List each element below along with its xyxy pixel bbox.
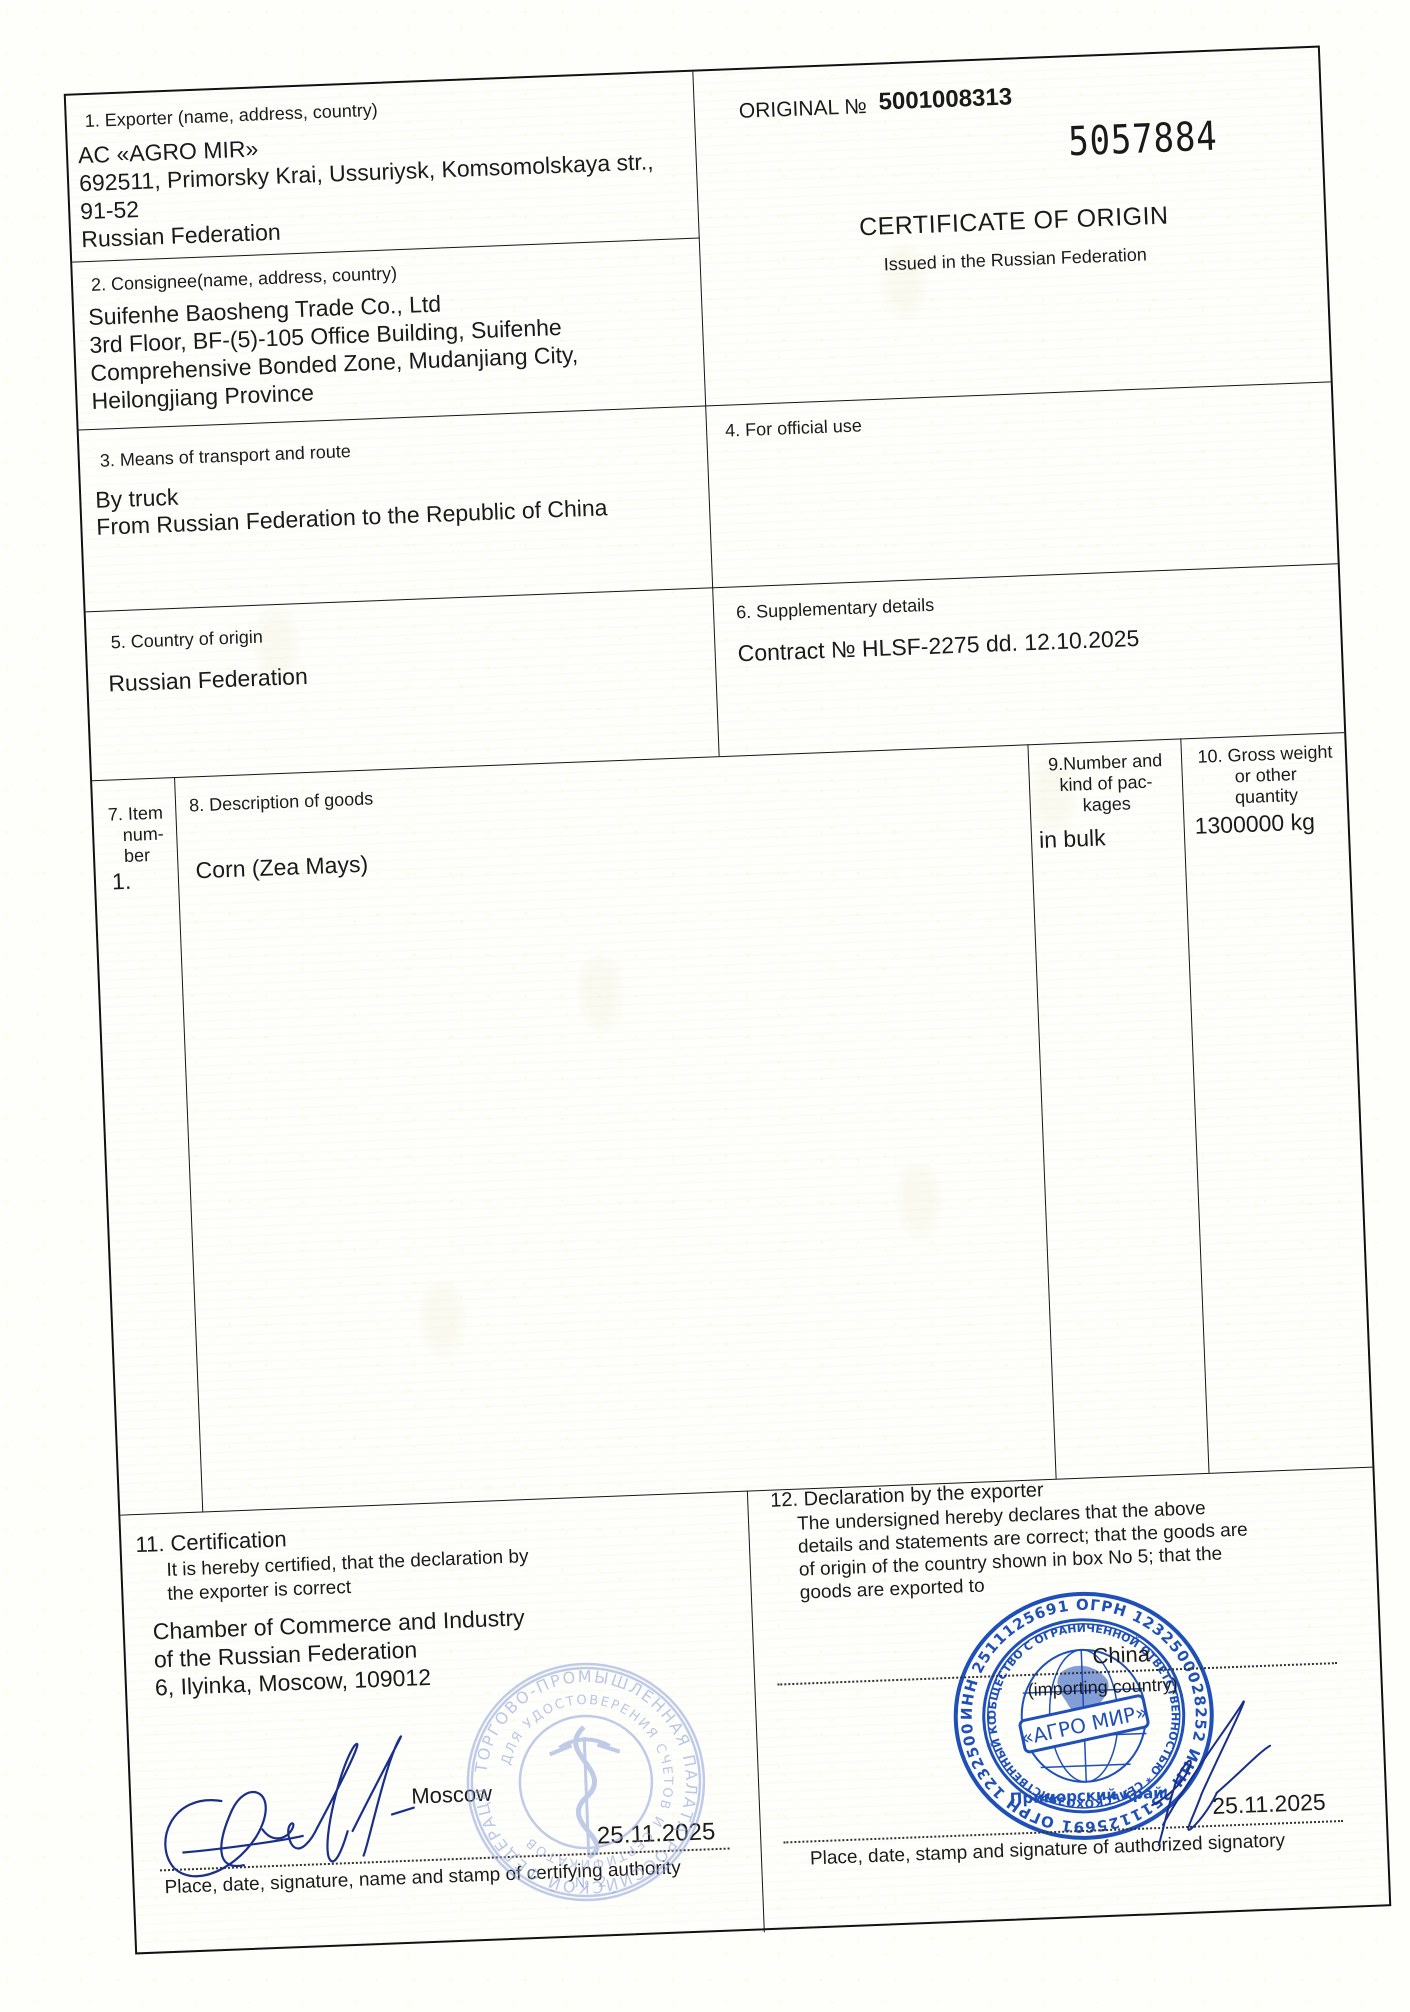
weight-header: 10. Gross weight or other quantity: [1182, 741, 1350, 810]
divider-col-description: [1027, 744, 1056, 1478]
box2-label: 2. Consignee(name, address, country): [91, 263, 398, 295]
packages-cell: in bulk: [1039, 824, 1106, 853]
divider-vertical-top: [692, 72, 719, 757]
form-number: 5057884: [1067, 114, 1218, 166]
description-cell: Corn (Zea Mays): [195, 851, 368, 884]
watermark-icon: [412, 1281, 475, 1373]
svg-text:№ 2: № 2: [574, 1874, 609, 1891]
header-line: num-: [100, 823, 173, 847]
description-header: 8. Description of goods: [189, 788, 374, 816]
box1-label: 1. Exporter (name, address, country): [84, 100, 378, 132]
divider-col-packages: [1180, 738, 1209, 1472]
supplementary-value: Contract № HLSF-2275 dd. 12.10.2025: [737, 625, 1140, 667]
header-line: ber: [101, 844, 174, 868]
weight-cell: 1300000 kg: [1194, 808, 1315, 839]
divider-vertical-bottom: [747, 1491, 765, 1933]
exporter-signature-icon: [1128, 1690, 1284, 1856]
box11-label: 11. Certification: [135, 1526, 287, 1557]
certifier-signature-icon: [149, 1722, 455, 1883]
box5-label: 5. Country of origin: [110, 627, 263, 654]
box3-label: 3. Means of transport and route: [99, 441, 351, 471]
header-line: 7. Item: [99, 802, 172, 826]
transport-value: By truck From Russian Federation to the …: [95, 467, 608, 541]
packages-header: 9.Number and kind of pac- kages: [1030, 749, 1182, 818]
watermark-icon: [569, 955, 632, 1047]
item-number-cell: 1.: [111, 868, 131, 895]
header-line: kages: [1031, 791, 1182, 818]
cci-stamp-icon: ТОРГОВО-ПРОМЫШЛЕННАЯ ПАЛАТА РОССИЙСКОЙ Ф…: [456, 1652, 715, 1911]
certification-text: It is hereby certified, that the declara…: [166, 1545, 530, 1607]
watermark-icon: [887, 1163, 950, 1255]
importing-country-value: China: [1092, 1641, 1150, 1668]
certificate-frame: ORIGINAL № 5001008313 5057884 CERTIFICAT…: [64, 46, 1392, 1955]
exporter-value: AC «AGRO MIR» 692511, Primorsky Krai, Us…: [78, 119, 657, 253]
original-label: ORIGINAL №: [738, 95, 867, 124]
original-number: 5001008313: [878, 83, 1012, 116]
box6-label: 6. Supplementary details: [736, 595, 935, 623]
item-number-header: 7. Item num- ber: [99, 802, 173, 868]
divider-col-item: [174, 777, 203, 1511]
box4-label: 4. For official use: [725, 415, 862, 441]
consignee-value: Suifenhe Baosheng Trade Co., Ltd 3rd Flo…: [88, 284, 580, 415]
